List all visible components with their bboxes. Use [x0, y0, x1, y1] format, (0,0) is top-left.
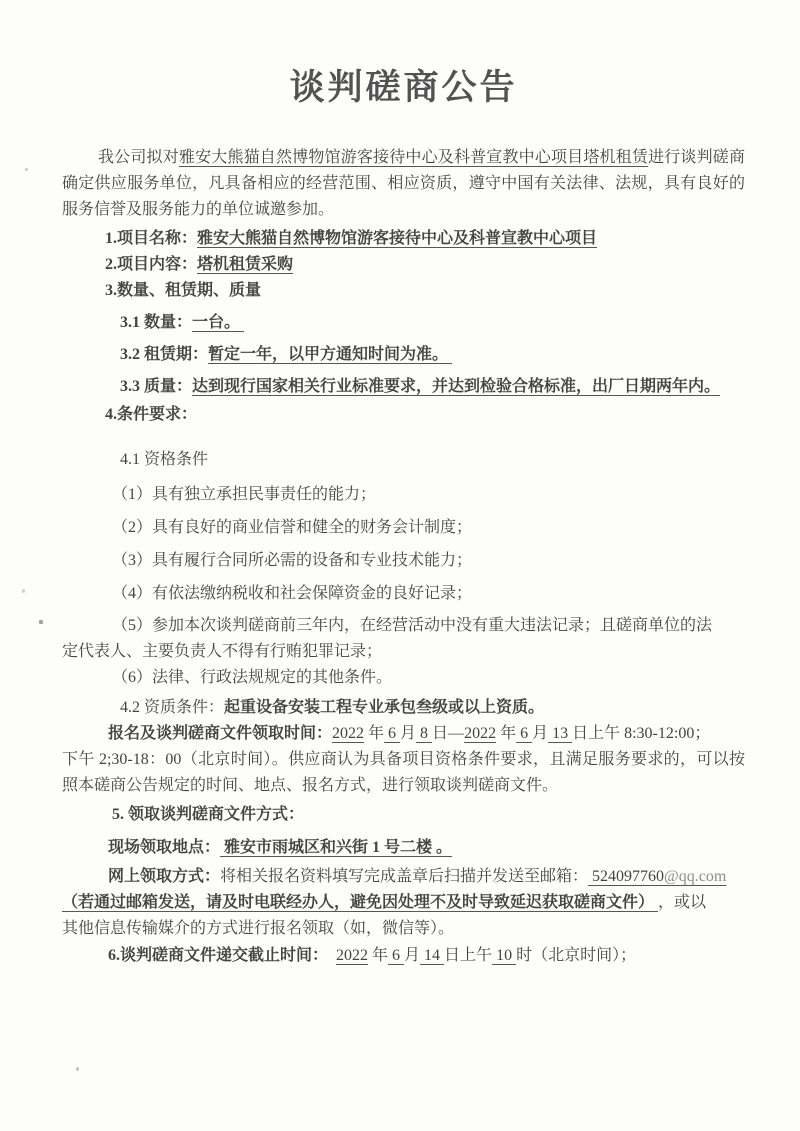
underlined-text-run: 2022	[464, 725, 496, 742]
text-run: 日—	[432, 725, 464, 742]
text-run: 日上午 8:30-12:00；	[572, 725, 710, 742]
text-run: 月	[400, 725, 416, 742]
paragraph-qualification-level: 4.2 资质条件：起重设备安装工程专业承包叁级或以上资质。	[62, 695, 745, 721]
document-content: 谈判磋商公告 我公司拟对雅安大熊猫自然博物馆游客接待中心及科普宣教中心项目塔机租…	[62, 0, 745, 969]
text-run: 4.2 资质条件：	[120, 699, 224, 716]
text-run: （2）具有良好的商业信誉和健全的财务会计制度；	[112, 519, 472, 536]
text-run: 年	[368, 947, 388, 964]
paragraph-condition-2: （2）具有良好的商业信誉和健全的财务会计制度；	[62, 515, 745, 541]
paragraph-condition-1: （1）具有独立承担民事责任的能力；	[62, 482, 745, 508]
text-run: ，或以	[658, 894, 706, 911]
text-run: （6）法律、行政法规规定的其他条件。	[112, 669, 392, 686]
underlined-text-run: 雅安大熊猫自然博物馆游客接待中心及科普宣教中心项目	[197, 230, 597, 247]
text-run: 2.项目内容：	[105, 256, 197, 273]
text-run: 起重设备安装工程专业承包叁级或以上资质。	[224, 699, 544, 716]
text-run: 其他信息传输媒介的方式进行报名领取（如，微信等）。	[62, 920, 454, 937]
underlined-text-run: 6	[388, 947, 404, 964]
text-run: 网上领取方式：	[108, 868, 220, 885]
scan-speck	[25, 168, 28, 171]
paragraph-signup-time: 报名及谈判磋商文件领取时间：2022 年 6 月 8 日—2022 年 6 月 …	[62, 721, 745, 799]
scan-speck	[22, 589, 25, 593]
underlined-text-run: 暂定一年，以甲方通知时间为准。	[208, 346, 452, 363]
underlined-text-run: 2022	[332, 725, 364, 742]
underlined-text-run: 雅安大熊猫自然博物馆游客接待中心及科普宣教中心项目塔机租赁	[179, 149, 648, 166]
paragraph-intro: 我公司拟对雅安大熊猫自然博物馆游客接待中心及科普宣教中心项目塔机租赁进行谈判磋商…	[62, 145, 745, 223]
text-run: 5. 领取谈判磋商文件方式：	[112, 806, 304, 823]
text-run: 6.谈判磋商文件递交截止时间：	[108, 947, 328, 964]
text-run: 日上午	[444, 947, 492, 964]
underlined-text-run: （若通过邮箱发送，请及时电联经办人，避免因处理不及时导致延迟获取磋商文件）	[62, 894, 658, 911]
underlined-text-run: 一台。	[192, 314, 244, 331]
paragraph-section-4: 4.条件要求：	[62, 402, 745, 428]
text-run: 时（北京时间）；	[516, 947, 636, 964]
paragraph-quality: 3.3 质量：达到现行国家相关行业标准要求，并达到检验合格标准，出厂日期两年内。	[62, 374, 745, 400]
paragraph-section-5: 5. 领取谈判磋商文件方式：	[62, 802, 745, 828]
paragraph-quantity: 3.1 数量：一台。	[62, 310, 745, 336]
text-run: 年	[364, 725, 384, 742]
text-run: 定代表人、主要负责人不得有行贿犯罪记录；	[62, 643, 382, 660]
text-run: 年	[496, 725, 516, 742]
underlined-text-run: @qq.com	[664, 868, 726, 885]
text-run: 现场领取地点：	[108, 839, 220, 856]
underlined-text-run: 6	[516, 725, 532, 742]
underlined-text-run: 雅安市雨城区和兴街 1 号二楼 。	[220, 839, 452, 856]
paragraph-condition-5: （5）参加本次谈判磋商前三年内，在经营活动中没有重大违法记录；且磋商单位的法定代…	[62, 613, 745, 665]
text-run: （5）参加本次谈判磋商前三年内，在经营活动中没有重大违法记录；且磋商单位的法	[112, 617, 712, 634]
text-run: 月	[532, 725, 548, 742]
text-run: 下午 2;30-18：00（北京时间）。供应商认为具备项目资格条件要求，且满足服…	[62, 751, 745, 794]
underlined-text-run: 13	[548, 725, 572, 742]
text-run: 4.条件要求：	[105, 406, 197, 423]
paragraph-condition-4: （4）有依法缴纳税收和社会保障资金的良好记录；	[62, 581, 745, 607]
text-run: 3.3 质量：	[120, 378, 192, 395]
paragraph-section-3: 3.数量、租赁期、质量	[62, 278, 745, 304]
document-page: 谈判磋商公告 我公司拟对雅安大熊猫自然博物馆游客接待中心及科普宣教中心项目塔机租…	[0, 0, 800, 1131]
text-run: 我公司拟对	[98, 149, 179, 166]
text-run: 3.2 租赁期：	[120, 346, 208, 363]
underlined-text-run: 达到现行国家相关行业标准要求，并达到检验合格标准，出厂日期两年内。	[192, 378, 720, 395]
paragraph-onsite-pickup: 现场领取地点： 雅安市雨城区和兴街 1 号二楼 。	[62, 835, 745, 861]
underlined-text-run: 10	[492, 947, 516, 964]
paragraph-project-content: 2.项目内容：塔机租赁采购	[62, 252, 745, 278]
text-run: 将相关报名资料填写完成盖章后扫描并发送至邮箱：	[220, 868, 588, 885]
text-run: （4）有依法缴纳税收和社会保障资金的良好记录；	[112, 585, 472, 602]
paragraph-condition-6: （6）法律、行政法规规定的其他条件。	[62, 665, 745, 691]
text-run: （1）具有独立承担民事责任的能力；	[112, 486, 376, 503]
paragraph-qualification-title: 4.1 资格条件	[62, 447, 745, 473]
text-run: 报名及谈判磋商文件领取时间：	[108, 725, 332, 742]
underlined-text-run: 2022	[336, 947, 368, 964]
scan-speck	[76, 1067, 79, 1071]
underlined-text-run: 14	[420, 947, 444, 964]
text-run: 3.1 数量：	[120, 314, 192, 331]
text-run: 4.1 资格条件	[120, 451, 208, 468]
paragraph-lease-term: 3.2 租赁期：暂定一年，以甲方通知时间为准。	[62, 342, 745, 368]
text-run: 月	[404, 947, 420, 964]
paragraph-deadline: 6.谈判磋商文件递交截止时间： 2022 年 6 月 14 日上午 10 时（北…	[62, 943, 745, 969]
text-run	[328, 947, 336, 964]
underlined-text-run: 524097760	[588, 868, 664, 885]
underlined-text-run: 塔机租赁采购	[197, 256, 293, 273]
underlined-text-run: 8	[416, 725, 432, 742]
paragraph-online-pickup: 网上领取方式：将相关报名资料填写完成盖章后扫描并发送至邮箱： 524097760…	[62, 864, 745, 942]
underlined-text-run: 6	[384, 725, 400, 742]
page-title: 谈判磋商公告	[62, 64, 745, 112]
text-run: 1.项目名称：	[105, 230, 197, 247]
document-body: 我公司拟对雅安大熊猫自然博物馆游客接待中心及科普宣教中心项目塔机租赁进行谈判磋商…	[62, 145, 745, 969]
paragraph-project-name: 1.项目名称：雅安大熊猫自然博物馆游客接待中心及科普宣教中心项目	[62, 226, 745, 252]
text-run: 3.数量、租赁期、质量	[105, 282, 261, 299]
scan-speck	[39, 620, 43, 624]
paragraph-condition-3: （3）具有履行合同所必需的设备和专业技术能力；	[62, 548, 745, 574]
text-run: （3）具有履行合同所必需的设备和专业技术能力；	[112, 552, 472, 569]
